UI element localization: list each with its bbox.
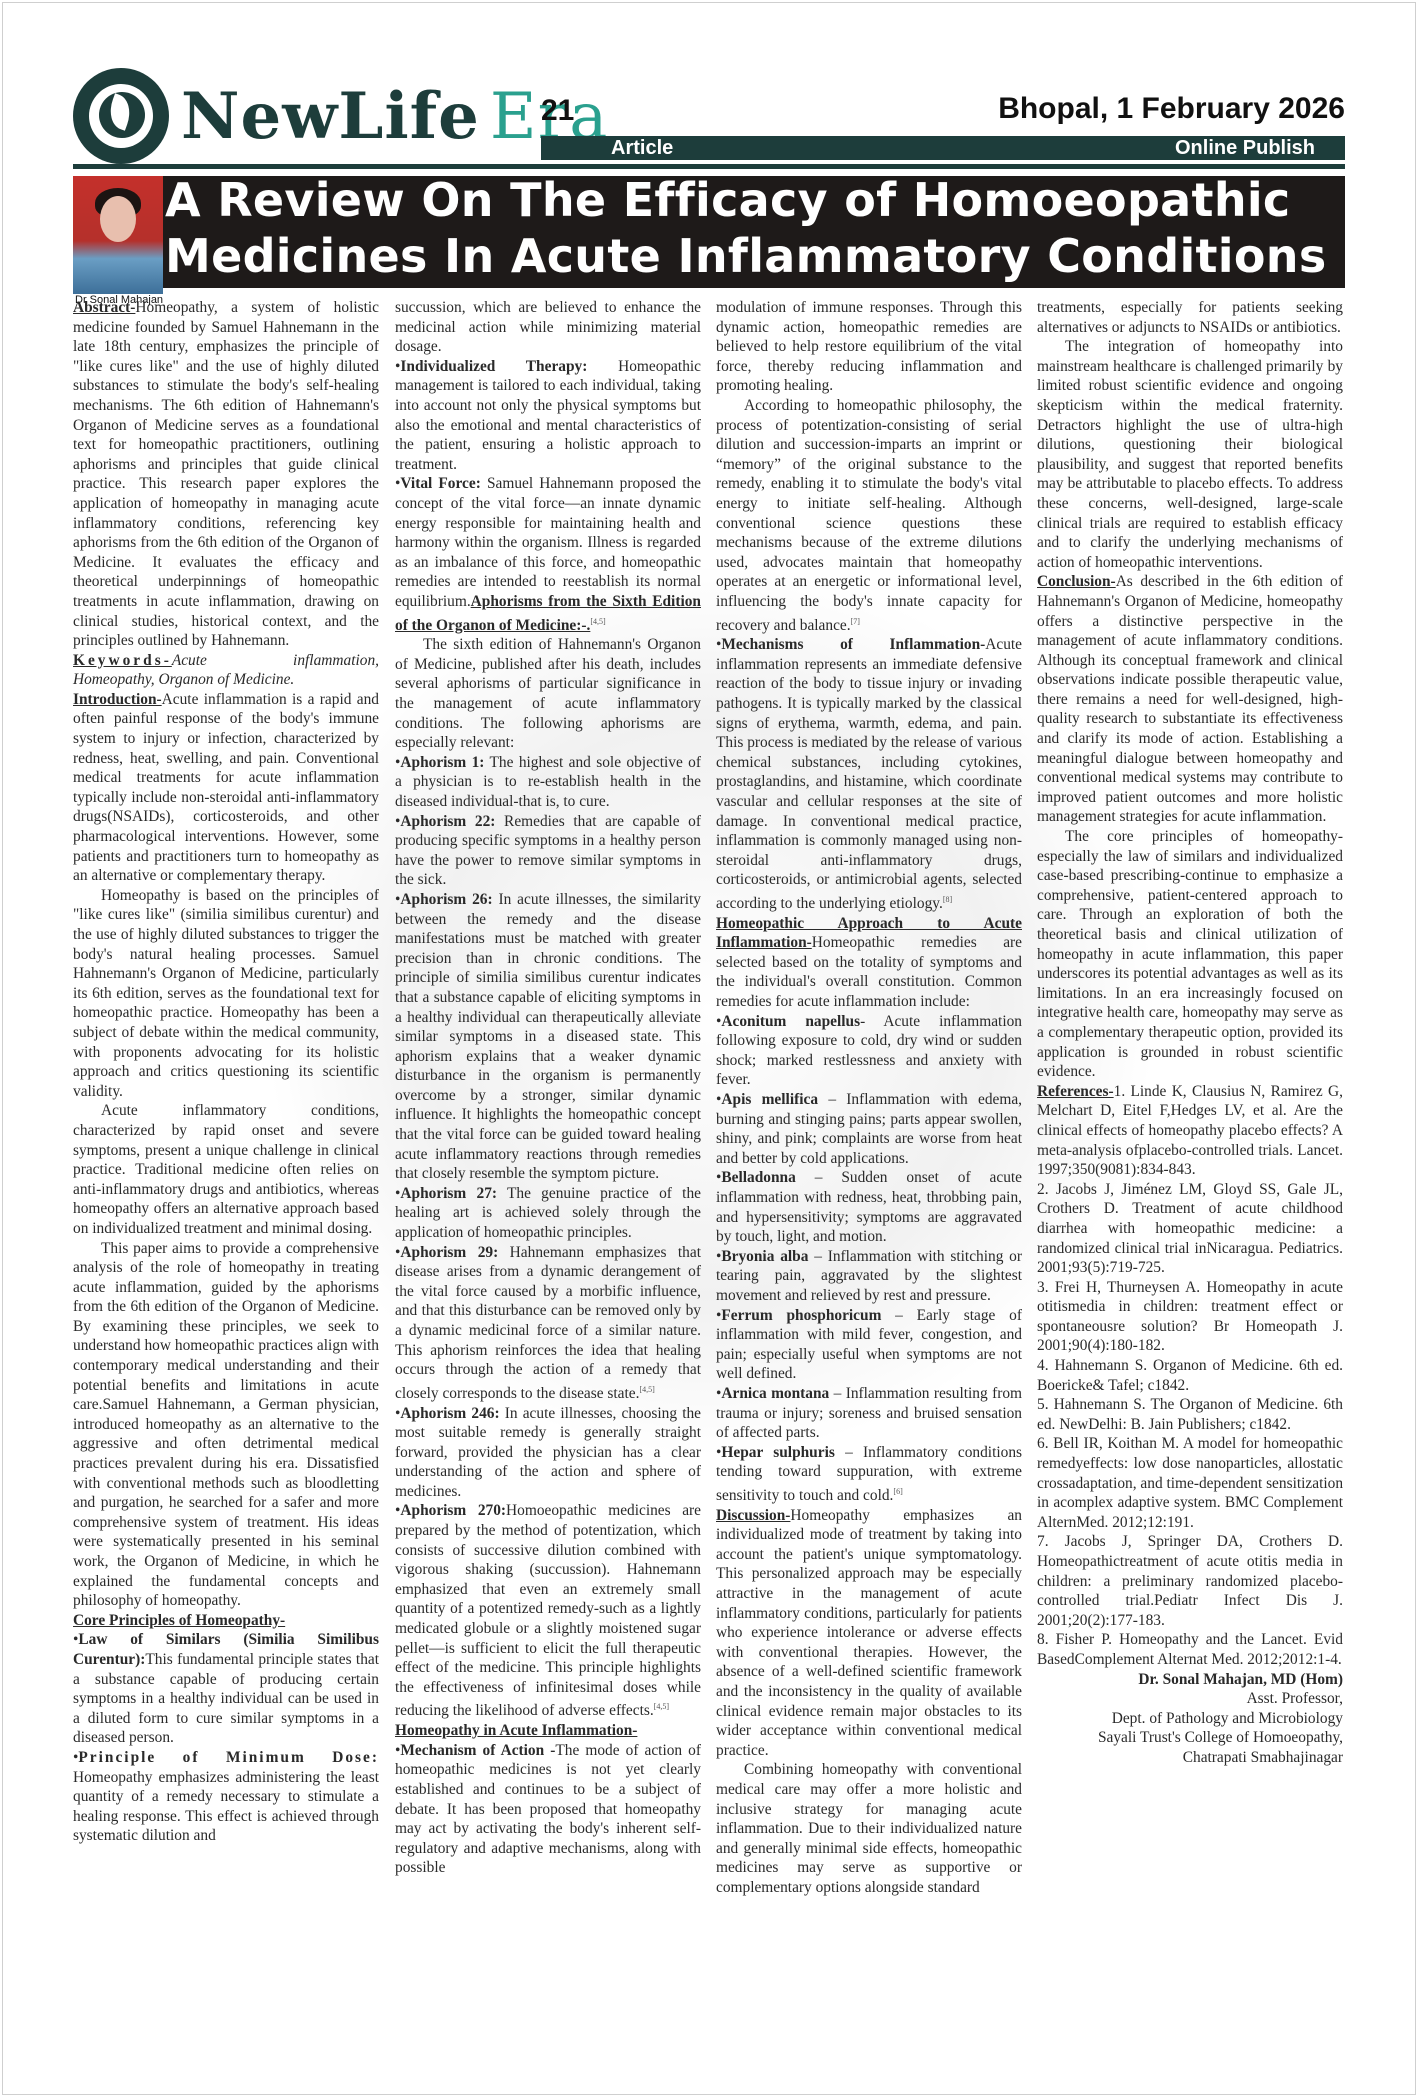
aphorism-27: Aphorism 27: The genuine practice of the… — [395, 1184, 701, 1243]
paragraph: modulation of immune responses. Through … — [716, 298, 1022, 396]
citation: [6] — [893, 1487, 902, 1496]
paragraph: According to homeopathic philosophy, the… — [716, 396, 1022, 635]
vital-force: Vital Force: Samuel Hahnemann proposed t… — [395, 474, 701, 635]
mechanisms-of-inflammation: Mechanisms of Inflammation-Acute inflamm… — [716, 635, 1022, 913]
law-of-similars: Law of Similars (Similia Similibus Curen… — [73, 1630, 379, 1748]
column-3: modulation of immune responses. Through … — [716, 298, 1022, 1897]
article-headline: A Review On The Efficacy of Homoeopathic… — [165, 172, 1343, 284]
dateline: Bhopal, 1 February 2026 — [998, 92, 1345, 126]
reference-item: 8. Fisher P. Homeopathy and the Lancet. … — [1037, 1630, 1343, 1669]
aphorism-270: Aphorism 270:Homoeopathic medicines are … — [395, 1501, 701, 1721]
remedy-item: Apis mellifica – Inflammation with edema… — [716, 1090, 1022, 1168]
paragraph: This paper aims to provide a comprehensi… — [73, 1239, 379, 1611]
remedy-item: Hepar sulphuris – Inflammatory condition… — [716, 1443, 1022, 1506]
paragraph: The core principles of homeopathy-especi… — [1037, 827, 1343, 1082]
article-body: Abstract-Homeopathy, a system of holisti… — [73, 298, 1345, 2078]
column-2: succussion, which are believed to enhanc… — [395, 298, 701, 1878]
discussion-label: Discussion- — [716, 1507, 790, 1524]
mechanism-of-action: Mechanism of Action -The mode of action … — [395, 1741, 701, 1878]
aphorism-22: Aphorism 22: Remedies that are capable o… — [395, 812, 701, 890]
principle-minimum-dose: Principle of Minimum Dose: Homeopathy em… — [73, 1748, 379, 1846]
author-college: Sayali Trust's College of Homoeopathy, — [1037, 1728, 1343, 1748]
reference-item: 4. Hahnemann S. Organon of Medicine. 6th… — [1037, 1356, 1343, 1395]
citation: [8] — [943, 895, 952, 904]
homeopathy-acute-heading: Homeopathy in Acute Inflammation- — [395, 1721, 701, 1741]
introduction-label: Introduction- — [73, 691, 162, 708]
homeopathic-approach: Homeopathic Approach to Acute Inflammati… — [716, 914, 1022, 1012]
reference-item: References-1. Linde K, Clausius N, Ramir… — [1037, 1082, 1343, 1180]
core-principles-heading: Core Principles of Homeopathy- — [73, 1611, 379, 1631]
remedy-item: Aconitum napellus- Acute inflammation fo… — [716, 1012, 1022, 1090]
citation: [7] — [851, 617, 860, 626]
column-1: Abstract-Homeopathy, a system of holisti… — [73, 298, 379, 1846]
keywords: Keywords-Acute inflammation, Homeopathy,… — [73, 651, 379, 690]
remedy-item: Bryonia alba – Inflammation with stitchi… — [716, 1247, 1022, 1306]
author-name: Dr. Sonal Mahajan, MD (Hom) — [1037, 1670, 1343, 1690]
paragraph: The sixth edition of Hahnemann's Organon… — [395, 635, 701, 753]
article-title-banner: Dr Sonal Mahajan A Review On The Efficac… — [73, 176, 1345, 288]
reference-item: 5. Hahnemann S. The Organon of Medicine.… — [1037, 1395, 1343, 1434]
paragraph: Homeopathy is based on the principles of… — [73, 886, 379, 1102]
aphorism-246: Aphorism 246: In acute illnesses, choosi… — [395, 1404, 701, 1502]
column-4: treatments, especially for patients seek… — [1037, 298, 1343, 1768]
headline-line-2: Medicines In Acute Inflammatory Conditio… — [165, 229, 1327, 283]
reference-item: 6. Bell IR, Koithan M. A model for homeo… — [1037, 1434, 1343, 1532]
paragraph: Combining homeopathy with conventional m… — [716, 1760, 1022, 1897]
discussion: Discussion-Homeopathy emphasizes an indi… — [716, 1506, 1022, 1761]
section-bar: Article Online Publish — [541, 136, 1345, 160]
section-label: Article — [611, 136, 673, 160]
paragraph: treatments, especially for patients seek… — [1037, 298, 1343, 337]
publish-label: Online Publish — [1175, 136, 1315, 160]
remedy-item: Belladonna – Sudden onset of acute infla… — [716, 1168, 1022, 1246]
citation: [4,5] — [654, 1702, 669, 1711]
abstract: Abstract-Homeopathy, a system of holisti… — [73, 298, 379, 651]
remedy-item: Arnica montana – Inflammation resulting … — [716, 1384, 1022, 1443]
paragraph: Acute inflammatory conditions, character… — [73, 1101, 379, 1238]
aphorism-29: Aphorism 29: Hahnemann emphasizes that d… — [395, 1243, 701, 1404]
author-dept: Dept. of Pathology and Microbiology — [1037, 1709, 1343, 1729]
aphorism-26: Aphorism 26: In acute illnesses, the sim… — [395, 890, 701, 1184]
conclusion-label: Conclusion- — [1037, 573, 1116, 590]
author-photo — [73, 176, 163, 294]
citation: [4,5] — [639, 1385, 654, 1394]
author-title: Asst. Professor, — [1037, 1689, 1343, 1709]
reference-item: 7. Jacobs J, Springer DA, Crothers D. Ho… — [1037, 1532, 1343, 1630]
author-city: Chatrapati Smabhajinagar — [1037, 1748, 1343, 1768]
keywords-label: Keywords- — [73, 652, 172, 669]
logo-icon — [73, 68, 169, 164]
abstract-label: Abstract- — [73, 299, 135, 316]
paragraph: The integration of homeopathy into mains… — [1037, 337, 1343, 572]
brand-main: NewLife — [181, 79, 480, 154]
individualized-therapy: Individualized Therapy: Homeopathic mana… — [395, 357, 701, 475]
page-number: 21 — [541, 94, 574, 128]
masthead: NewLifeEra 21 Bhopal, 1 February 2026 Ar… — [73, 68, 1345, 168]
headline-line-1: A Review On The Efficacy of Homoeopathic — [165, 173, 1291, 227]
remedy-item: Ferrum phosphoricum – Early stage of inf… — [716, 1306, 1022, 1384]
paragraph: succussion, which are believed to enhanc… — [395, 298, 701, 357]
author-signature: Dr. Sonal Mahajan, MD (Hom) Asst. Profes… — [1037, 1670, 1343, 1768]
aphorism-1: Aphorism 1: The highest and sole objecti… — [395, 753, 701, 812]
citation: [4,5] — [590, 617, 605, 626]
masthead-rule — [73, 164, 1345, 169]
introduction: Introduction-Acute inflammation is a rap… — [73, 690, 379, 886]
reference-item: 3. Frei H, Thurneysen A. Homeopathy in a… — [1037, 1278, 1343, 1356]
reference-item: 2. Jacobs J, Jiménez LM, Gloyd SS, Gale … — [1037, 1180, 1343, 1278]
conclusion: Conclusion-As described in the 6th editi… — [1037, 572, 1343, 827]
references-label: References- — [1037, 1083, 1114, 1100]
